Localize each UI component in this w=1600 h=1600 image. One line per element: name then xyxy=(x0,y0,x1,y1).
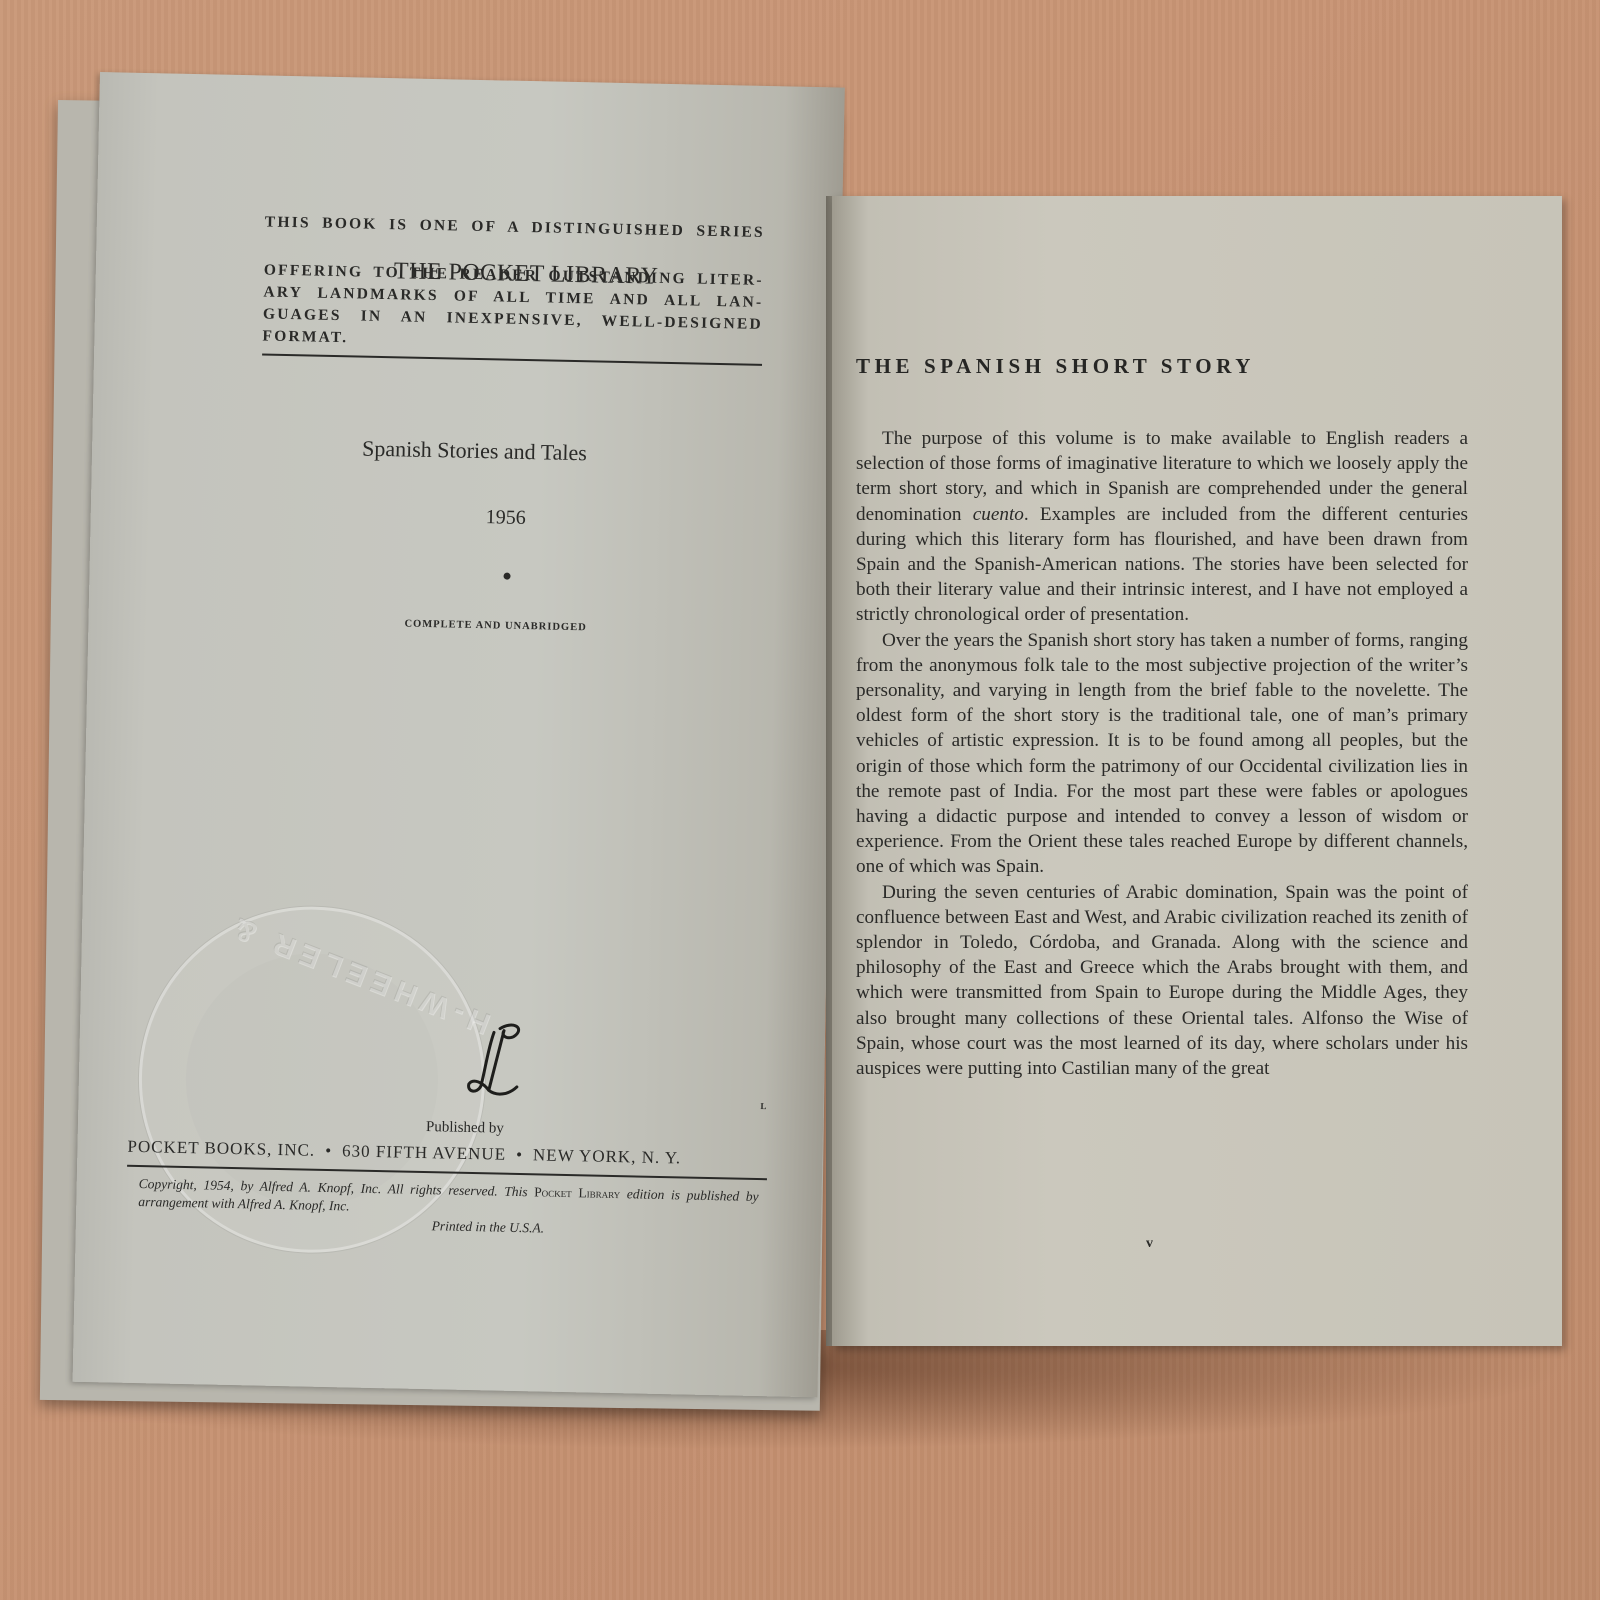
publisher-city: NEW YORK, N. Y. xyxy=(533,1145,682,1168)
left-page: THIS BOOK IS ONE OF A DISTINGUISHED SERI… xyxy=(73,72,845,1397)
series-line-4: GUAGES IN AN INEXPENSIVE, WELL-DESIGNED … xyxy=(262,303,763,357)
edition-note: COMPLETE AND UNABRIDGED xyxy=(404,618,586,633)
series-description: THIS BOOK IS ONE OF A DISTINGUISHED SERI… xyxy=(262,211,765,365)
series-name: THE POCKET LIBRARY xyxy=(394,258,659,291)
page-number: v xyxy=(1146,1236,1153,1252)
separator: • xyxy=(325,1141,332,1161)
paragraph-1: The purpose of this volume is to make av… xyxy=(856,426,1468,628)
book-year: 1956 xyxy=(486,506,526,530)
signature-mark: L xyxy=(760,1101,766,1111)
paragraph-2: Over the years the Spanish short story h… xyxy=(856,628,1468,880)
publisher-name: POCKET BOOKS, INC. xyxy=(127,1137,315,1161)
italic-term: cuento xyxy=(973,504,1024,525)
bullet-ornament xyxy=(503,573,510,580)
book-title: Spanish Stories and Tales xyxy=(362,436,587,467)
pocket-library-monogram-icon xyxy=(458,1020,530,1114)
separator: • xyxy=(516,1145,523,1165)
publisher-address: 630 FIFTH AVENUE xyxy=(342,1141,506,1164)
body-text: The purpose of this volume is to make av… xyxy=(856,426,1468,1081)
paragraph-3: During the seven centuries of Arabic dom… xyxy=(856,880,1468,1082)
published-by-label: Published by xyxy=(426,1119,504,1138)
chapter-title: THE SPANISH SHORT STORY xyxy=(856,354,1255,379)
right-page: THE SPANISH SHORT STORY The purpose of t… xyxy=(832,196,1562,1346)
printed-in-note: Printed in the U.S.A. xyxy=(138,1211,758,1242)
